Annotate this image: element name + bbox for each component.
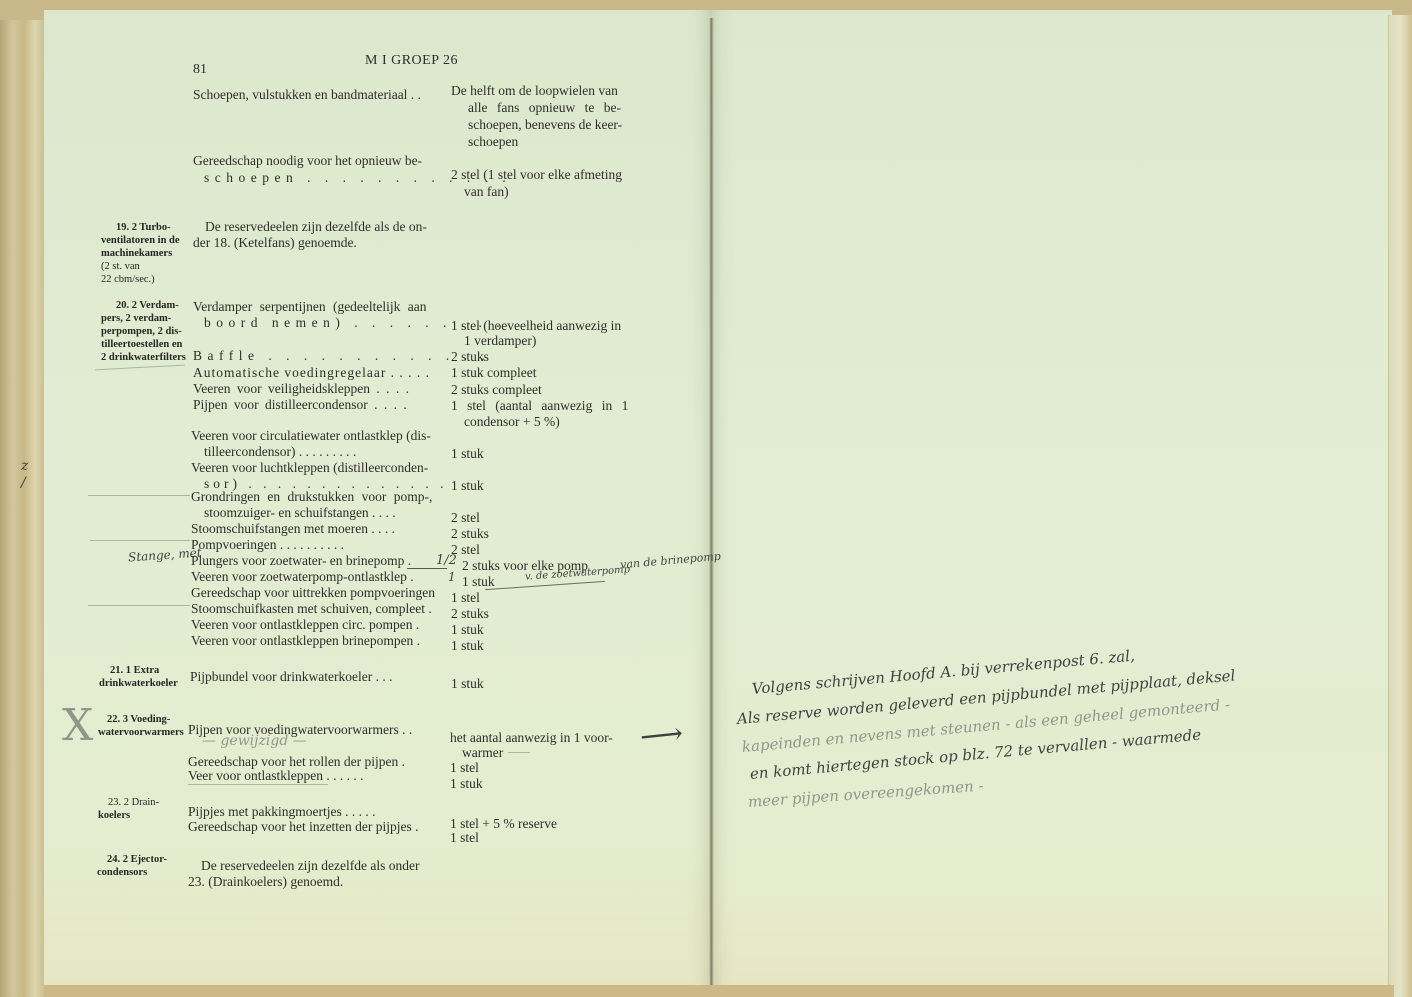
item-qty: 2 stuks (451, 606, 489, 622)
book-gutter (709, 18, 714, 997)
pencil-cross-mark: X (62, 700, 93, 751)
item-text: Veer voor ontlastkleppen . . . . . . (188, 768, 363, 784)
section-label: drinkwaterkoeler (99, 677, 178, 690)
item-text: Gereedschap voor uittrekken pompvoeringe… (191, 585, 435, 601)
item-qty: 1 stuk (451, 478, 484, 494)
section-label: 21. 1 Extra (110, 664, 159, 677)
item-qty: 2 stuks compleet (451, 382, 542, 398)
item-qty: het aantal aanwezig in 1 voor- (450, 730, 613, 746)
item-text: Veeren voor luchtkleppen (distilleercond… (191, 460, 428, 476)
section-label: watervoorwarmers (98, 726, 184, 739)
item-text: Grondringen en drukstukken voor pomp-, (191, 489, 432, 505)
section-label: tilleertoestellen en (101, 338, 182, 351)
section-label: 20. 2 Verdam- (116, 299, 179, 312)
item-qty: 1 stuk (451, 676, 484, 692)
section-label: perpompen, 2 dis- (101, 325, 182, 338)
right-page-edges (1388, 15, 1412, 997)
handwritten-correction: 1/2 (436, 553, 457, 568)
item-text: Baffle . . . . . . . . . . . . . (193, 348, 490, 364)
page-header: M I GROEP 26 (365, 53, 458, 69)
pencil-margin-line (90, 540, 190, 541)
item-text: Veeren voor veiligheidskleppen . . . . (193, 381, 409, 397)
item-qty: schoepen, benevens de keer- (468, 117, 622, 133)
item-qty: 1 stuk (450, 776, 483, 792)
section-label: 22 cbm/sec.) (101, 273, 155, 286)
item-text: Pijpjes met pakkingmoertjes . . . . . (188, 804, 375, 820)
margin-mark-slash: / (21, 475, 26, 491)
item-qty: 1 stel (aantal aanwezig in 1 (451, 398, 628, 414)
section-label: 22. 3 Voeding- (107, 713, 170, 726)
section-label: 24. 2 Ejector- (107, 853, 167, 866)
left-page-edges (0, 20, 44, 997)
item-text: Automatische voedingregelaar . . . . . (193, 365, 430, 381)
item-text: tilleercondensor) . . . . . . . . . (204, 444, 356, 460)
item-qty: 1 stuk (451, 446, 484, 462)
item-text: Veeren voor circulatiewater ontlastklep … (191, 428, 431, 444)
page-number: 81 (193, 62, 207, 78)
item-text: Pompvoeringen . . . . . . . . . . (191, 537, 344, 553)
item-text: Stoomschuifkasten met schuiven, compleet… (191, 601, 432, 617)
item-qty: schoepen (468, 134, 518, 150)
item-qty: condensor + 5 %) (464, 414, 560, 430)
section-text: 23. (Drainkoelers) genoemd. (188, 874, 343, 890)
item-qty: 2 stuks (451, 349, 489, 365)
item-qty: 1 stuk compleet (451, 365, 536, 381)
margin-mark-z: z (21, 458, 28, 474)
item-qty: 1 verdamper) (464, 333, 536, 349)
ink-arrow: ⟶ (638, 716, 684, 755)
item-qty: warmer (462, 745, 503, 761)
pencil-underline (188, 784, 328, 785)
item-qty: 1 stel (450, 760, 479, 776)
item-qty: 1 stel (451, 590, 480, 606)
section-label: 23. 2 Drain- (108, 796, 159, 809)
item-text: Veeren voor ontlastkleppen circ. pompen … (191, 617, 419, 633)
item-qty: 2 stuks (451, 526, 489, 542)
item-qty: 1 stel (450, 830, 479, 846)
section-label: 19. 2 Turbo- (116, 221, 171, 234)
item-qty: alle fans opnieuw te be- (468, 100, 621, 116)
item-qty: 1 stuk (462, 574, 495, 590)
item-text: Pijpbundel voor drinkwaterkoeler . . . (190, 669, 392, 685)
section-text: der 18. (Ketelfans) genoemde. (193, 235, 357, 251)
book-spread: 81 M I GROEP 26 Schoepen, vulstukken en … (0, 0, 1412, 997)
pencil-note-gewijzigd: — gewijzigd — (202, 733, 307, 749)
item-text: Veeren voor zoetwaterpomp-ontlastklep . (191, 569, 414, 585)
section-label: (2 st. van (101, 260, 140, 273)
item-text: Veeren voor ontlastkleppen brinepompen . (191, 633, 420, 649)
item-text: Stoomschuifstangen met moeren . . . . (191, 521, 395, 537)
handwritten-correction: 1 (448, 570, 456, 584)
item-qty: 1 stuk (451, 622, 484, 638)
bottom-page-edges (44, 985, 1394, 997)
section-label: condensors (97, 866, 147, 879)
item-text: Pijpen voor distilleercondensor . . . . (193, 397, 407, 413)
section-label: ventilatoren in de (101, 234, 180, 247)
item-text: Gereedschap voor het inzetten der pijpje… (188, 819, 419, 835)
item-qty: 1 stuk (451, 638, 484, 654)
section-label: pers, 2 verdam- (101, 312, 171, 325)
pencil-margin-line (88, 605, 190, 606)
section-label: machinekamers (101, 247, 172, 260)
item-qty: 2 stel (451, 510, 480, 526)
section-text: De reservedeelen zijn dezelfde als onder (201, 858, 420, 874)
right-page (712, 10, 1392, 988)
item-text: stoomzuiger- en schuifstangen . . . . (204, 505, 396, 521)
pencil-line (508, 752, 530, 753)
item-qty: van fan) (464, 184, 509, 200)
item-text: Gereedschap noodig voor het opnieuw be- (193, 153, 422, 169)
item-qty: De helft om de loopwielen van (451, 83, 618, 99)
pencil-margin-line (88, 495, 190, 496)
item-qty: 1 stel (hoeveelheid aanwezig in (451, 318, 621, 334)
section-label: 2 drinkwaterfilters (101, 351, 186, 364)
section-label: koelers (98, 809, 130, 822)
item-text: Schoepen, vulstukken en bandmateriaal . … (193, 87, 421, 103)
item-text: Plungers voor zoetwater- en brinepomp . (191, 553, 411, 569)
section-text: De reservedeelen zijn dezelfde als de on… (205, 219, 427, 235)
item-text: Verdamper serpentijnen (gedeeltelijk aan (193, 299, 427, 315)
item-qty: 2 stel (1 stel voor elke afmeting (451, 167, 622, 183)
